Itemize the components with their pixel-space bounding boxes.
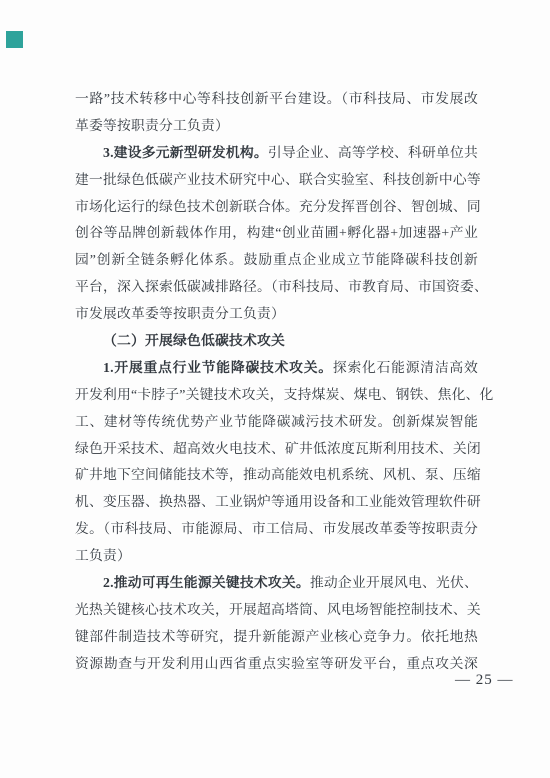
text-line: 资源勘查与开发利用山西省重点实验室等研发平台，重点攻关深 [75,651,478,678]
text-line: 平台，深入探索低碳减排路径。（市科技局、市教育局、市国资委、 [75,274,478,301]
text-segment: 绿色开采技术、超高效火电技术、矿井低浓度瓦斯利用技术、关闭 [75,441,481,456]
corner-marker-icon [6,31,23,48]
text-segment: 工负责） [75,548,131,563]
text-segment: 革委等按职责分工负责） [75,118,229,133]
text-segment: 键部件制造技术等研究，提升新能源产业核心竞争力。依托地热 [75,629,478,644]
text-segment-bold: 3.建设多元新型研发机构。 [103,145,268,160]
document-text-block: 一路”技术转移中心等科技创新平台建设。（市科技局、市发展改革委等按职责分工负责）… [75,86,478,678]
text-line: 革委等按职责分工负责） [75,113,478,140]
text-line: 3.建设多元新型研发机构。引导企业、高等学校、科研单位共 [75,140,478,167]
page-number: — 25 — [455,667,545,693]
text-segment-bold: 2.推动可再生能源关键技术攻关。 [103,575,310,590]
text-line: 绿色开采技术、超高效火电技术、矿井低浓度瓦斯利用技术、关闭 [75,436,478,463]
text-line: 光热关键核心技术攻关，开展超高塔筒、风电场智能控制技术、关 [75,597,478,624]
text-segment: 光热关键核心技术攻关，开展超高塔筒、风电场智能控制技术、关 [75,602,481,617]
document-page: 一路”技术转移中心等科技创新平台建设。（市科技局、市发展改革委等按职责分工负责）… [0,0,550,778]
text-segment: 引导企业、高等学校、科研单位共 [268,145,478,160]
text-line: 园”创新全链条孵化体系。鼓励重点企业成立节能降碳科技创新 [75,247,478,274]
text-line: 市场化运行的绿色技术创新联合体。充分发挥晋创谷、智创城、同 [75,194,478,221]
text-line: 一路”技术转移中心等科技创新平台建设。（市科技局、市发展改 [75,86,478,113]
text-line: 工、建材等传统优势产业节能降碳减污技术研发。创新煤炭智能 [75,409,478,436]
text-line: 市发展改革委等按职责分工负责） [75,301,478,328]
text-line: 2.推动可再生能源关键技术攻关。推动企业开展风电、光伏、 [75,570,478,597]
text-segment: 发。（市科技局、市能源局、市工信局、市发展改革委等按职责分 [75,521,478,536]
text-line: 工负责） [75,543,478,570]
text-segment: 推动企业开展风电、光伏、 [310,575,478,590]
text-segment: 开发利用“卡脖子”关键技术攻关，支持煤炭、煤电、钢铁、焦化、化 [75,387,494,402]
text-segment: 建一批绿色低碳产业技术研究中心、联合实验室、科技创新中心等 [75,172,481,187]
text-segment: 园”创新全链条孵化体系。鼓励重点企业成立节能降碳科技创新 [75,252,478,267]
text-segment: 市发展改革委等按职责分工负责） [75,306,285,321]
text-segment: 机、变压器、换热器、工业锅炉等通用设备和工业能效管理软件研 [75,494,481,509]
text-line: 发。（市科技局、市能源局、市工信局、市发展改革委等按职责分 [75,516,478,543]
text-segment: 资源勘查与开发利用山西省重点实验室等研发平台，重点攻关深 [75,656,478,671]
text-line: 开发利用“卡脖子”关键技术攻关，支持煤炭、煤电、钢铁、焦化、化 [75,382,478,409]
text-segment: 矿井地下空间储能技术等，推动高能效电机系统、风机、泵、压缩 [75,467,481,482]
text-segment-bold: （二）开展绿色低碳技术攻关 [103,333,285,348]
text-line: 创谷等品牌创新载体作用，构建“创业苗圃+孵化器+加速器+产业 [75,220,478,247]
text-segment: 市场化运行的绿色技术创新联合体。充分发挥晋创谷、智创城、同 [75,199,481,214]
text-line: 机、变压器、换热器、工业锅炉等通用设备和工业能效管理软件研 [75,489,478,516]
text-segment-bold: 1.开展重点行业节能降碳技术攻关。 [103,360,333,375]
text-line: 1.开展重点行业节能降碳技术攻关。探索化石能源清洁高效 [75,355,478,382]
text-line: 矿井地下空间储能技术等，推动高能效电机系统、风机、泵、压缩 [75,462,478,489]
text-segment: 探索化石能源清洁高效 [333,360,478,375]
text-segment: 工、建材等传统优势产业节能降碳减污技术研发。创新煤炭智能 [75,414,478,429]
text-segment: 创谷等品牌创新载体作用，构建“创业苗圃+孵化器+加速器+产业 [75,225,478,240]
text-line: 建一批绿色低碳产业技术研究中心、联合实验室、科技创新中心等 [75,167,478,194]
text-segment: 平台，深入探索低碳减排路径。（市科技局、市教育局、市国资委、 [75,279,488,294]
text-line: （二）开展绿色低碳技术攻关 [75,328,478,355]
text-line: 键部件制造技术等研究，提升新能源产业核心竞争力。依托地热 [75,624,478,651]
text-segment: 一路”技术转移中心等科技创新平台建设。（市科技局、市发展改 [75,91,478,106]
